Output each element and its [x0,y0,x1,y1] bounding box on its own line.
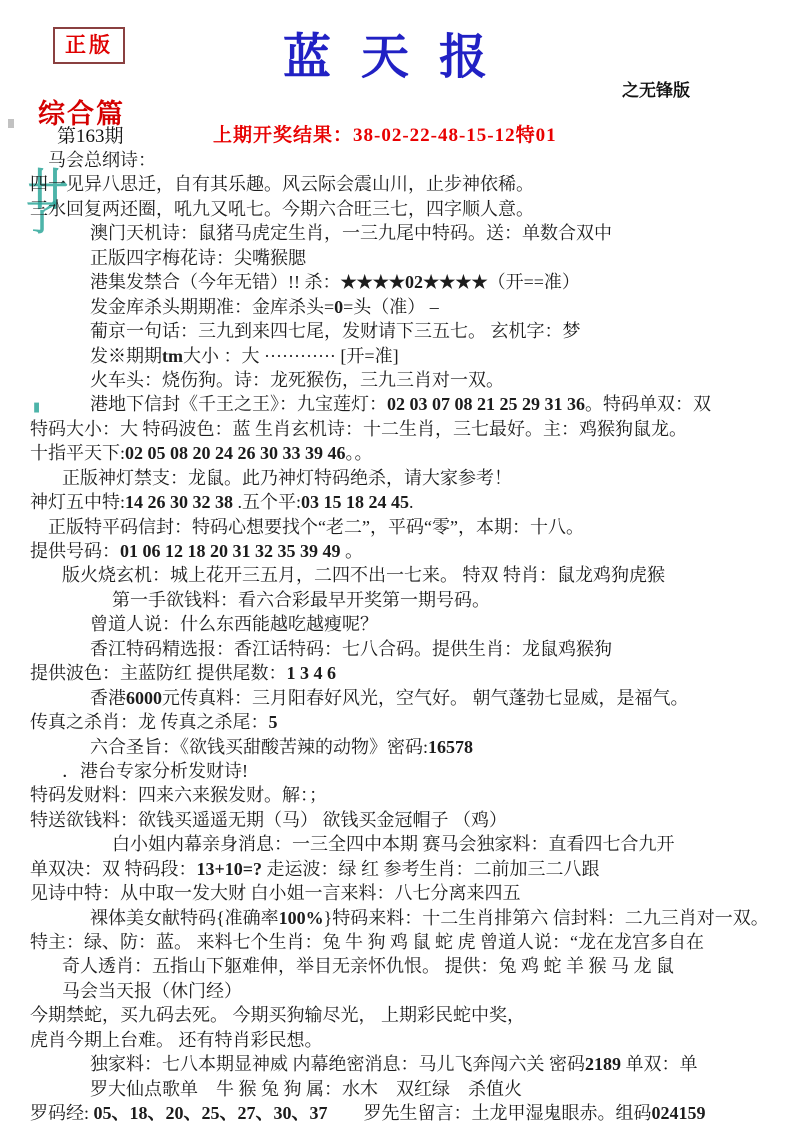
report-line: 港地下信封《千王之王》：九宝莲灯：02 03 07 08 21 25 29 31… [0,392,793,416]
report-line-text: 特送欲钱料：欲钱买遥遥无期（马） 欲钱买金冠帽子 （鸡） [30,810,507,830]
scan-artifact [8,119,14,128]
report-line-text: 火车头：烧伤狗。诗：龙死猴伤，三九三肖对一双。 [90,370,504,390]
report-line: 十指平天下:02 05 08 20 24 26 30 33 39 46。。 [0,441,793,465]
report-line-text: 。 [341,541,364,561]
report-line: 正版特平码信封：特码心想要找个“老二”，平码“零”，本期：十八。 [0,515,793,539]
report-line: 特码大小：大 特码波色：蓝 生肖玄机诗：十二生肖，三七最好。主：鸡猴狗鼠龙。 [0,417,793,441]
issue-number: 第163期 [57,121,124,148]
report-line-text: 特码大小：大 特码波色：蓝 生肖玄机诗：十二生肖，三七最好。主：鸡猴狗鼠龙。 [30,419,687,439]
report-line-text: 六合圣旨：《欲钱买甜酸苦辣的动物》密码: [90,737,428,757]
report-line-text: 独家料：七八本期显神威 内幕绝密消息：马儿飞奔闯六关 密码 [90,1054,585,1074]
report-line-numbers: tm [162,346,183,366]
report-line-text: . [409,492,414,512]
report-line: 曾道人说：什么东西能越吃越瘦呢？ [0,612,793,636]
report-line-numbers: 03 15 18 24 45 [301,492,409,512]
report-line: 特送欲钱料：欲钱买遥遥无期（马） 欲钱买金冠帽子 （鸡） [0,808,793,832]
report-line-text: 马会总纲诗： [48,150,156,170]
report-line: 马会总纲诗： [0,148,793,172]
report-line: 提供号码：01 06 12 18 20 31 32 35 39 49 。 [0,539,793,563]
report-line: 白小姐内幕亲身消息：一三全四中本期 赛马会独家料：直看四七合九开 [0,832,793,856]
report-line-numbers: 16578 [428,737,473,757]
report-line: ．港台专家分析发财诗! [0,759,793,783]
report-line: 火车头：烧伤狗。诗：龙死猴伤，三九三肖对一双。 [0,368,793,392]
report-line: 版火烧玄机：城上花开三五月，二四不出一七来。 特双 特肖：鼠龙鸡狗虎猴 [0,563,793,587]
report-line-text: 第一手欲钱料：看六合彩最早开奖第一期号码。 [112,590,490,610]
report-line-numbers: 024159 [652,1103,706,1122]
report-line-numbers: 5 [269,712,278,732]
report-line-text: 发金库杀头期期准：金库杀头= [90,297,334,317]
report-line-text: ．港台专家分析发财诗! [62,761,248,781]
report-line-text: 见诗中特：从中取一发大财 白小姐一言来料：八七分离来四五 [30,883,521,903]
newspaper-page: 正版 蓝天报 之无锋版 综合篇 第163期 上期开奖结果：38-02-22-48… [0,0,793,1122]
report-line-text: 正版特平码信封：特码心想要找个“老二”，平码“零”，本期：十八。 [48,517,584,537]
report-line-text: 罗码经: [30,1103,94,1122]
authentic-stamp: 正版 [53,27,125,64]
report-line-text: 单双：单 [621,1054,698,1074]
report-line: 传真之杀肖：龙 传真之杀尾：5 [0,710,793,734]
report-line-numbers: 14 26 30 32 38 [125,492,233,512]
report-line-text: 奇人透肖：五指山下躯难伸，举目无亲怀仇恨。 提供：兔 鸡 蛇 羊 猴 马 龙 鼠 [62,956,674,976]
report-line: 三水回复两还圈，吼九又吼七。今期六合旺三七，四字顺人意。 [0,197,793,221]
report-line-text: 。特码单双：双 [585,394,711,414]
report-line: 奇人透肖：五指山下躯难伸，举目无亲怀仇恨。 提供：兔 鸡 蛇 羊 猴 马 龙 鼠 [0,954,793,978]
report-line: 特码发财料：四来六来猴发财。解：； [0,783,793,807]
report-line-text: 葡京一句话：三九到来四七尾，发财请下三五七。 玄机字：梦 [90,321,581,341]
report-line-text: =头（准） – [343,297,439,317]
report-line: 第一手欲钱料：看六合彩最早开奖第一期号码。 [0,588,793,612]
report-line-numbers: 01 06 12 18 20 31 32 35 39 49 [120,541,341,561]
report-line-text: 十指平天下: [30,443,125,463]
report-line: 罗大仙点歌单 牛 猴 兔 狗 属：水木 双红绿 杀值火 [0,1077,793,1101]
report-line-numbers: 13+10=? [197,859,263,879]
report-line-text: 大小 ：大 ············ [开=准] [183,346,399,366]
report-line-numbers: 100% [279,908,324,928]
report-line-text: 正版神灯禁支：龙鼠。此乃神灯特码绝杀，请大家参考！ [62,468,512,488]
report-line-text: 特主：绿、防：蓝。 来料七个生肖：兔 牛 狗 鸡 鼠 蛇 虎 曾道人说：“龙在龙… [30,932,704,952]
report-line-text: （开==准） [488,272,580,292]
report-line: 香港6000元传真料：三月阳春好风光，空气好。 朝气蓬勃七显威，是福气。 [0,686,793,710]
report-line-text: 四一见异八思迁，自有其乐趣。风云际会震山川，止步神依稀。 [30,174,534,194]
report-line: 单双决：双 特码段：13+10=? 走运波：绿 红 参考生肖：二前加三二八跟 [0,857,793,881]
report-line-text: 版火烧玄机：城上花开三五月，二四不出一七来。 特双 特肖：鼠龙鸡狗虎猴 [62,565,665,585]
report-line-text: 港集发禁合（今年无错）!! 杀： [90,272,341,292]
report-line: 四一见异八思迁，自有其乐趣。风云际会震山川，止步神依稀。 [0,172,793,196]
report-line: 见诗中特：从中取一发大财 白小姐一言来料：八七分离来四五 [0,881,793,905]
edition-label: 之无锋版 [622,76,690,101]
report-line-numbers: 0 [334,297,343,317]
report-line-text: 特码发财料：四来六来猴发财。解：； [30,785,327,805]
report-line-text: 走运波：绿 红 参考生肖：二前加三二八跟 [262,859,600,879]
report-line-numbers: 02 03 07 08 21 25 29 31 36 [387,394,585,414]
report-line: 发※期期tm大小 ：大 ············ [开=准] [0,344,793,368]
report-body: 马会总纲诗：四一见异八思迁，自有其乐趣。风云际会震山川，止步神依稀。三水回复两还… [0,148,793,1122]
report-line: 正版神灯禁支：龙鼠。此乃神灯特码绝杀，请大家参考！ [0,466,793,490]
report-line-text: 香江特码精选报：香江话特码：七八合码。提供生肖：龙鼠鸡猴狗 [90,639,612,659]
report-line-text: 港地下信封《千王之王》：九宝莲灯： [90,394,387,414]
report-line-text: 澳门天机诗：鼠猪马虎定生肖，一三九尾中特码。送：单数合双中 [90,223,612,243]
report-line-text: .五个平: [233,492,301,512]
report-line-numbers: 2189 [585,1054,621,1074]
report-line-text: 提供波色：主蓝防红 提供尾数： [30,663,287,683]
report-line-numbers: 05、18、20、25、27、30、37 [94,1103,328,1122]
report-line: 罗码经: 05、18、20、25、27、30、37 罗先生留言：土龙甲湿鬼眼赤。… [0,1101,793,1122]
report-line-text: 单双决：双 特码段： [30,859,197,879]
report-line: 六合圣旨：《欲钱买甜酸苦辣的动物》密码:16578 [0,735,793,759]
report-line-text: 提供号码： [30,541,120,561]
report-line: 提供波色：主蓝防红 提供尾数：1 3 4 6 [0,661,793,685]
report-line-text: 传真之杀肖：龙 传真之杀尾： [30,712,269,732]
page-title: 蓝天报 [283,18,517,87]
report-line: 虎肖今期上台难。 还有特肖彩民想。 [0,1028,793,1052]
report-line: 今期禁蛇，买九码去死。 今期买狗输尽光， 上期彩民蛇中奖， [0,1003,793,1027]
report-line: 葡京一句话：三九到来四七尾，发财请下三五七。 玄机字：梦 [0,319,793,343]
report-line-text: 白小姐内幕亲身消息：一三全四中本期 赛马会独家料：直看四七合九开 [112,834,675,854]
report-line-numbers: 6000 [126,688,162,708]
report-line-text: 三水回复两还圈，吼九又吼七。今期六合旺三七，四字顺人意。 [30,199,534,219]
report-line-text: 曾道人说：什么东西能越吃越瘦呢？ [90,614,378,634]
report-line: 澳门天机诗：鼠猪马虎定生肖，一三九尾中特码。送：单数合双中 [0,221,793,245]
report-line-numbers: 1 3 4 6 [287,663,337,683]
report-line-text: 罗大仙点歌单 牛 猴 兔 狗 属：水木 双红绿 杀值火 [90,1079,522,1099]
report-line: 正版四字梅花诗：尖嘴猴腮 [0,246,793,270]
last-draw-result: 上期开奖结果：38-02-22-48-15-12特01 [213,120,557,147]
report-line-text: 罗先生留言：土龙甲湿鬼眼赤。组码 [328,1103,652,1122]
report-line: 裸体美女献特码{准确率100%}特码来料：十二生肖排第六 信封料：二九三肖对一双… [0,906,793,930]
report-line: 港集发禁合（今年无错）!! 杀：★★★★02★★★★（开==准） [0,270,793,294]
report-line-text: 裸体美女献特码{准确率 [90,908,279,928]
report-line-text: 虎肖今期上台难。 还有特肖彩民想。 [30,1030,323,1050]
report-line: 马会当天报（休门经） [0,979,793,1003]
report-line-text: }特码来料：十二生肖排第六 信封料：二九三肖对一双。 [324,908,769,928]
report-line: 神灯五中特:14 26 30 32 38 .五个平:03 15 18 24 45… [0,490,793,514]
report-line-text: 正版四字梅花诗：尖嘴猴腮 [90,248,306,268]
report-line: 独家料：七八本期显神威 内幕绝密消息：马儿飞奔闯六关 密码2189 单双：单 [0,1052,793,1076]
report-line-numbers: 02 05 08 20 24 26 30 33 39 46 [125,443,346,463]
report-line-text: 今期禁蛇，买九码去死。 今期买狗输尽光， 上期彩民蛇中奖， [30,1005,525,1025]
report-line-text: 发※期期 [90,346,162,366]
report-line-text: 元传真料：三月阳春好风光，空气好。 朝气蓬勃七显威，是福气。 [162,688,689,708]
report-line: 香江特码精选报：香江话特码：七八合码。提供生肖：龙鼠鸡猴狗 [0,637,793,661]
report-line-text: 神灯五中特: [30,492,125,512]
report-line: 特主：绿、防：蓝。 来料七个生肖：兔 牛 狗 鸡 鼠 蛇 虎 曾道人说：“龙在龙… [0,930,793,954]
report-line-text: 马会当天报（休门经） [62,981,242,1001]
report-line-text: 香港 [90,688,126,708]
report-line-numbers: ★★★★02★★★★ [341,272,488,292]
report-line-text: 。。 [346,443,373,463]
report-line: 发金库杀头期期准：金库杀头=0=头（准） – [0,295,793,319]
